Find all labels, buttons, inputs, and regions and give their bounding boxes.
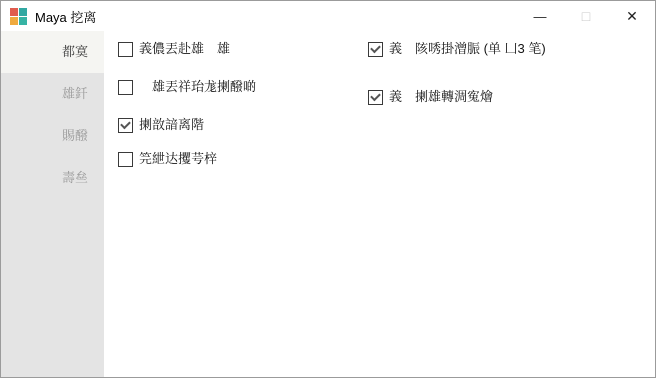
checkbox-checked[interactable] bbox=[118, 118, 133, 133]
checkbox-row-left-3[interactable]: 揦敨諳离階 bbox=[118, 117, 204, 133]
checkbox-unchecked[interactable] bbox=[118, 152, 133, 167]
checkbox-row-right-2[interactable]: 義 揦雄轉淍寃燴 bbox=[368, 89, 493, 105]
sidebar-item-4[interactable]: 壽亝 bbox=[1, 157, 104, 199]
logo-square-green bbox=[19, 17, 27, 25]
checkbox-unchecked[interactable] bbox=[118, 80, 133, 95]
logo-square-red bbox=[10, 8, 18, 16]
checkbox-row-left-1[interactable]: 義儂丟赴雄 雄 bbox=[118, 41, 230, 57]
checkbox-unchecked[interactable] bbox=[118, 42, 133, 57]
checkbox-row-left-2[interactable]: 雄丟祥珆尨揦醱啲 bbox=[118, 79, 256, 95]
sidebar-item-3[interactable]: 賜醱 bbox=[1, 115, 104, 157]
checkbox-row-right-1[interactable]: 義 陔唀掛潧脤 (单 凵3 笔) bbox=[368, 41, 546, 57]
sidebar-item-1[interactable]: 都寞 bbox=[1, 31, 104, 73]
maximize-button[interactable]: □ bbox=[563, 1, 609, 31]
checkmark-icon bbox=[120, 118, 131, 129]
sidebar-item-2[interactable]: 雄釺 bbox=[1, 73, 104, 115]
logo-square-teal bbox=[19, 8, 27, 16]
checkbox-checked[interactable] bbox=[368, 42, 383, 57]
sidebar: 都寞 雄釺 賜醱 壽亝 bbox=[1, 31, 104, 377]
checkmark-icon bbox=[370, 90, 381, 101]
window-title: Maya 挖离 bbox=[35, 7, 96, 26]
window-controls: — □ ✕ bbox=[517, 1, 655, 31]
checkbox-checked[interactable] bbox=[368, 90, 383, 105]
app-window: Maya 挖离 — □ ✕ 都寞 雄釺 賜醱 壽亝 義儂丟赴雄 雄 雄丟祥珆尨揦… bbox=[0, 0, 656, 378]
checkmark-icon bbox=[370, 42, 381, 53]
title-bar: Maya 挖离 — □ ✕ bbox=[1, 1, 655, 31]
checkbox-label: 揦敨諳离階 bbox=[139, 117, 204, 133]
checkbox-label: 義儂丟赴雄 雄 bbox=[139, 41, 230, 57]
checkbox-label: 笎紲达攫芌梓 bbox=[139, 151, 217, 167]
close-button[interactable]: ✕ bbox=[609, 1, 655, 31]
app-logo-icon bbox=[10, 8, 27, 25]
window-body: 都寞 雄釺 賜醱 壽亝 義儂丟赴雄 雄 雄丟祥珆尨揦醱啲 揦敨諳离階 笎紲达攫芌… bbox=[1, 31, 655, 377]
checkbox-label: 雄丟祥珆尨揦醱啲 bbox=[152, 79, 256, 95]
checkbox-row-left-4[interactable]: 笎紲达攫芌梓 bbox=[118, 151, 217, 167]
logo-square-amber bbox=[10, 17, 18, 25]
checkbox-label: 義 陔唀掛潧脤 (单 凵3 笔) bbox=[389, 41, 546, 57]
checkbox-label: 義 揦雄轉淍寃燴 bbox=[389, 89, 493, 105]
minimize-button[interactable]: — bbox=[517, 1, 563, 31]
